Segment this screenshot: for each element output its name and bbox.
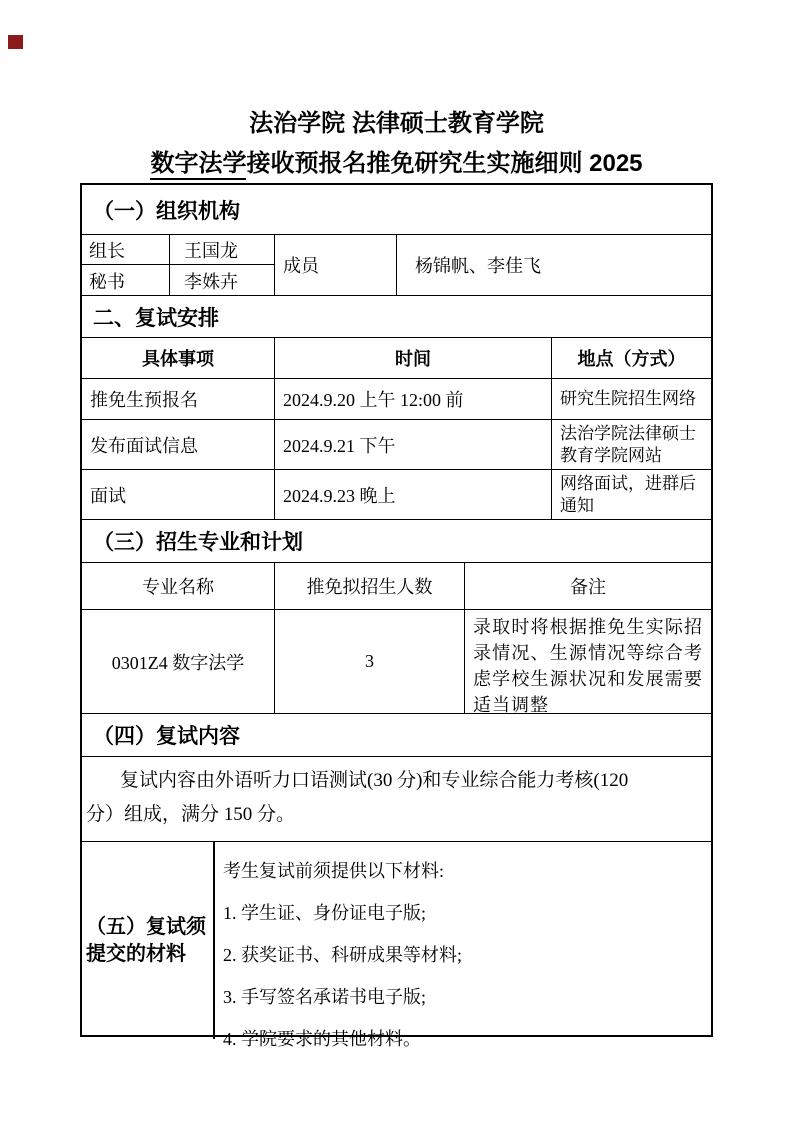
document-page: 法治学院 法律硕士教育学院 数字法学接收预报名推免研究生实施细则 2025 （一… (0, 0, 793, 1122)
section-4-heading: （四）复试内容 (82, 714, 711, 757)
leader-name-cell: 王国龙 (169, 235, 275, 265)
organization-left-grid: 组长 王国龙 秘书 李姝卉 (82, 235, 275, 295)
majors-header-row: 专业名称 推免拟招生人数 备注 (82, 563, 711, 610)
leader-label-cell: 组长 (82, 235, 169, 265)
document-title-line1: 法治学院 法律硕士教育学院 (0, 103, 793, 138)
section-5-heading-line2: 提交的材料 (86, 941, 213, 968)
secretary-label-cell: 秘书 (82, 265, 169, 296)
materials-item: 3. 手写签名承诺书电子版; (223, 976, 703, 1018)
materials-item: 1. 学生证、身份证电子版; (223, 892, 703, 934)
secretary-name-cell: 李姝卉 (169, 265, 275, 296)
materials-intro: 考生复试前须提供以下材料: (223, 850, 703, 892)
title-rest-text: 接收预报名推免研究生实施细则 2025 (246, 150, 642, 177)
document-title-line2: 数字法学接收预报名推免研究生实施细则 2025 (0, 143, 793, 178)
title-underlined-text: 数字法学 (150, 150, 246, 180)
materials-item: 2. 获奖证书、科研成果等材料; (223, 934, 703, 976)
schedule-row: 推免生预报名 2024.9.20 上午 12:00 前 研究生院招生网络 (82, 379, 711, 420)
majors-header-quota: 推免拟招生人数 (275, 563, 465, 609)
section-5-heading: （五）复试须 提交的材料 (82, 842, 215, 1039)
materials-row: （五）复试须 提交的材料 考生复试前须提供以下材料: 1. 学生证、身份证电子版… (82, 842, 711, 1039)
content-paragraph: 复试内容由外语听力口语测试(30 分)和专业综合能力考核(120 分）组成，满分… (82, 757, 711, 842)
major-remark-cell: 录取时将根据推免生实际招录情况、生源情况等综合考虑学校生源状况和发展需要适当调整 (465, 610, 711, 713)
materials-list: 考生复试前须提供以下材料: 1. 学生证、身份证电子版; 2. 获奖证书、科研成… (215, 842, 711, 1039)
schedule-item-cell: 推免生预报名 (82, 379, 275, 419)
section-3-heading: （三）招生专业和计划 (82, 520, 711, 563)
schedule-place-cell: 研究生院招生网络 (552, 379, 711, 419)
members-label-cell: 成员 (275, 235, 397, 295)
majors-row: 0301Z4 数字法学 3 录取时将根据推免生实际招录情况、生源情况等综合考虑学… (82, 610, 711, 714)
schedule-place-cell: 网络面试，进群后通知 (552, 470, 711, 519)
schedule-item-cell: 面试 (82, 470, 275, 519)
content-paragraph-line2: 分）组成，满分 150 分。 (86, 798, 707, 832)
major-quota-cell: 3 (275, 610, 465, 713)
schedule-header-row: 具体事项 时间 地点（方式） (82, 338, 711, 379)
schedule-header-item: 具体事项 (82, 338, 275, 378)
majors-header-remark: 备注 (465, 563, 711, 609)
schedule-item-cell: 发布面试信息 (82, 420, 275, 469)
schedule-header-place: 地点（方式） (552, 338, 711, 378)
section-1-heading: （一）组织机构 (82, 185, 711, 235)
schedule-time-cell: 2024.9.23 晚上 (275, 470, 552, 519)
red-annotation-marker (8, 35, 23, 49)
members-names-cell: 杨锦帆、李佳飞 (397, 235, 711, 295)
schedule-place-cell: 法治学院法律硕士教育学院网站 (552, 420, 711, 469)
organization-row: 组长 王国龙 秘书 李姝卉 成员 杨锦帆、李佳飞 (82, 235, 711, 296)
materials-item: 4. 学院要求的其他材料。 (223, 1018, 703, 1060)
section-2-heading: 二、复试安排 (82, 296, 711, 338)
schedule-row: 发布面试信息 2024.9.21 下午 法治学院法律硕士教育学院网站 (82, 420, 711, 470)
content-paragraph-line1: 复试内容由外语听力口语测试(30 分)和专业综合能力考核(120 (86, 764, 707, 798)
schedule-row: 面试 2024.9.23 晚上 网络面试，进群后通知 (82, 470, 711, 520)
schedule-header-time: 时间 (275, 338, 552, 378)
major-name-cell: 0301Z4 数字法学 (82, 610, 275, 713)
section-5-heading-line1: （五）复试须 (86, 914, 213, 941)
schedule-time-cell: 2024.9.21 下午 (275, 420, 552, 469)
schedule-time-cell: 2024.9.20 上午 12:00 前 (275, 379, 552, 419)
majors-header-name: 专业名称 (82, 563, 275, 609)
document-table: （一）组织机构 组长 王国龙 秘书 李姝卉 成员 杨锦帆、李佳飞 二、复试安排 … (80, 183, 713, 1037)
